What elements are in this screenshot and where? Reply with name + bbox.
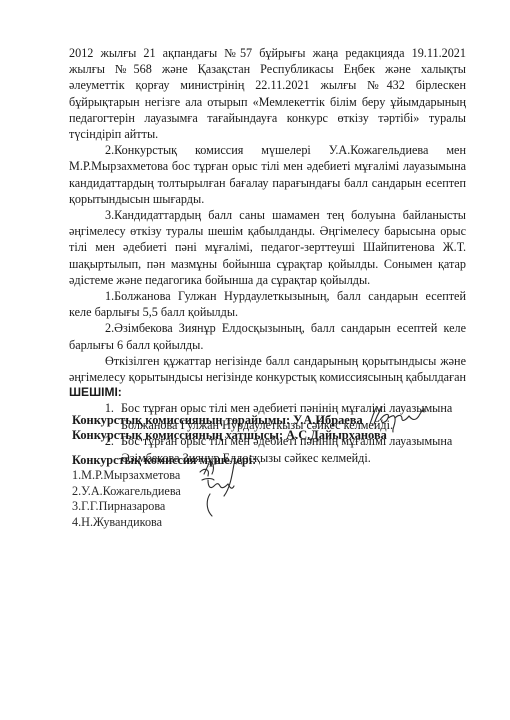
paragraph-point-3: 3.Кандидаттардың балл саны шамамен тең б… (69, 207, 466, 288)
paragraph-conclusion: Өткізілген құжаттар негізінде балл санда… (69, 353, 466, 385)
secretary-signature-line: Конкурстық комиссияның хатшысы: А.С.Дайы… (72, 428, 387, 443)
paragraph-point-2: 2.Конкурстық комиссия мүшелері У.А.Кожаг… (69, 142, 466, 207)
paragraph-intro-continued: 2012 жылғы 21 ақпандағы №57 бұйрығы жаңа… (69, 45, 466, 142)
decision-title: ШЕШІМІ: (69, 385, 466, 400)
paragraph-candidate-1: 1.Болжанова Гулжан Нурдаулеткызының, бал… (69, 288, 466, 320)
chair-handwritten-signature-icon (362, 402, 432, 438)
member-handwritten-signature-icon (188, 456, 248, 520)
signature-block: Конкурстық комиссияның төрайымы: У.А.Ибр… (72, 413, 387, 443)
paragraph-candidate-2: 2.Әзімбекова Зиянұр Елдосқызының, балл с… (69, 320, 466, 352)
chair-signature-line: Конкурстық комиссияның төрайымы: У.А.Ибр… (72, 413, 387, 428)
